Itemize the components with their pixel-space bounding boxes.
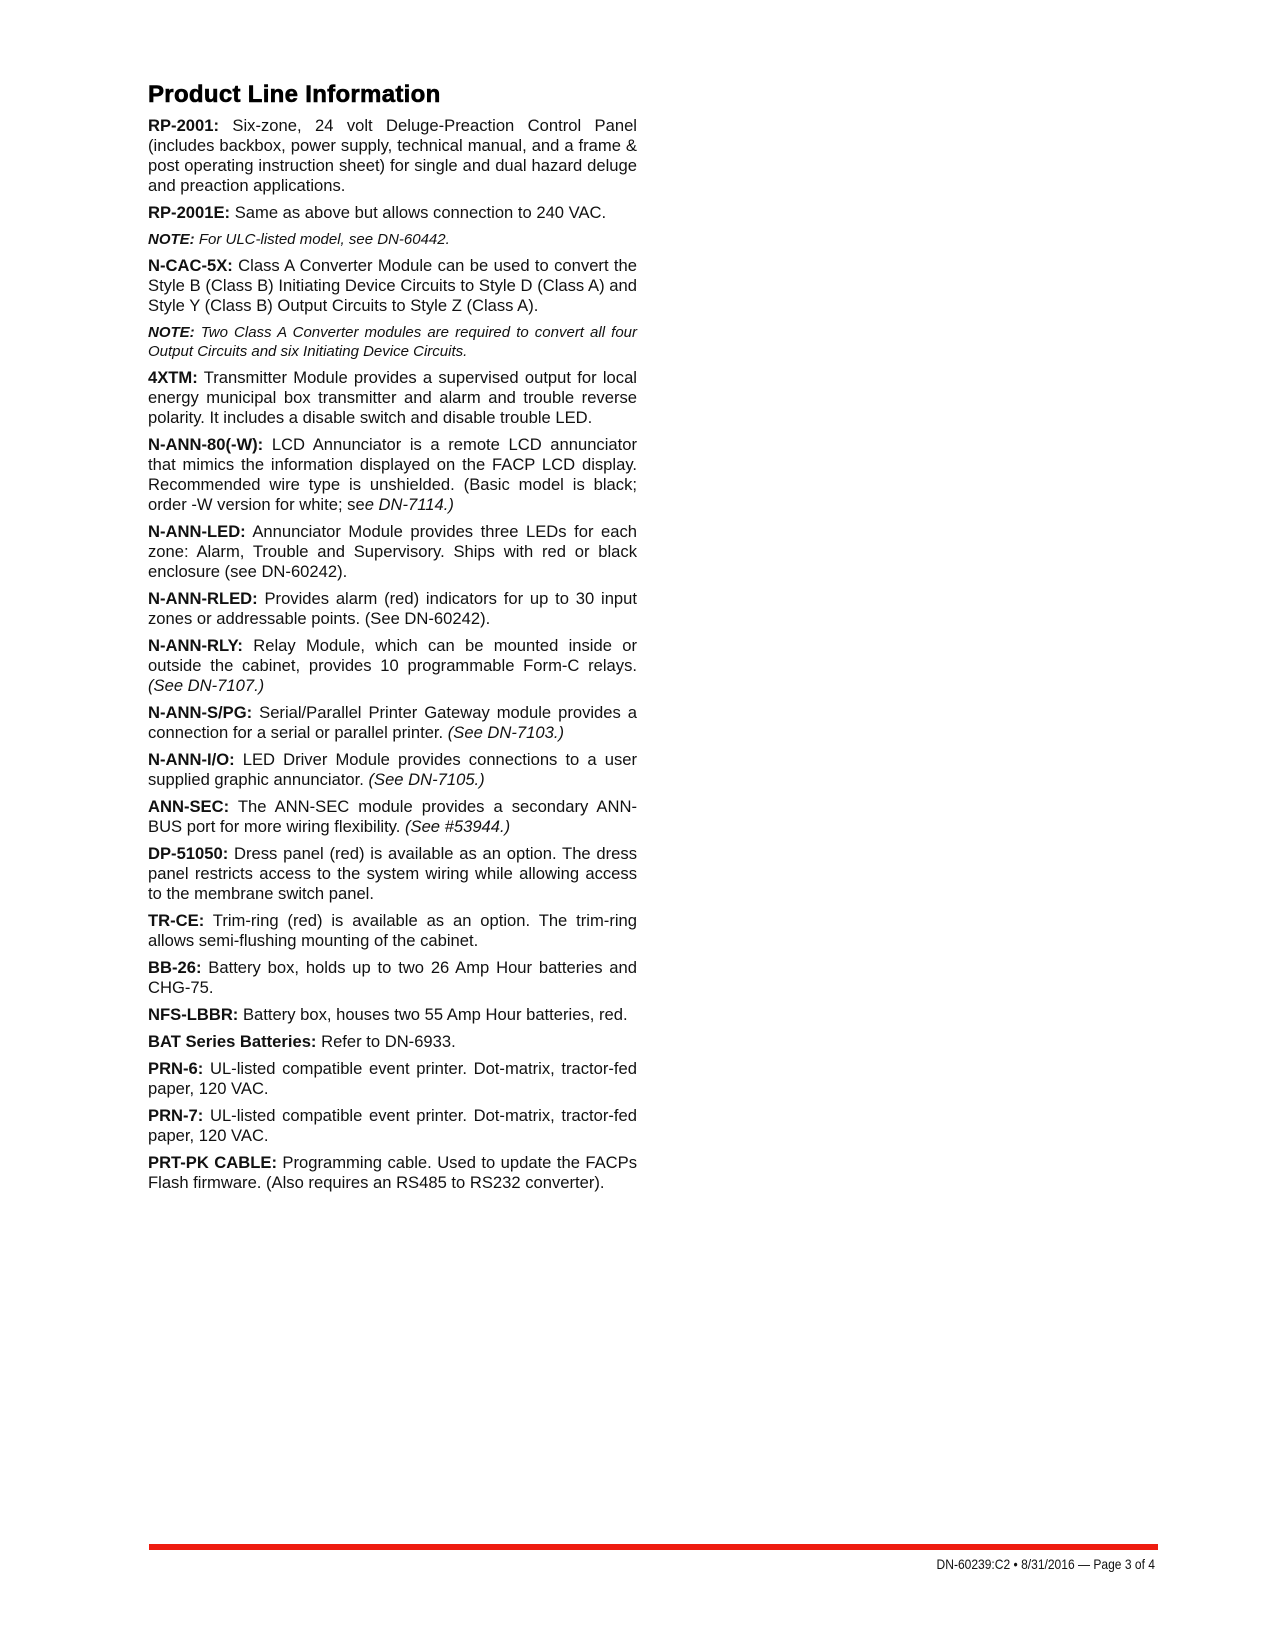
entry-rp-2001: RP-2001: Six-zone, 24 volt Deluge-Preact… [148, 116, 637, 196]
entry-n-cac-5x: N-CAC-5X: Class A Converter Module can b… [148, 256, 637, 316]
entry-text: Refer to DN-6933. [316, 1032, 455, 1051]
entry-bb-26: BB-26: Battery box, holds up to two 26 A… [148, 958, 637, 998]
note-label: NOTE: [148, 231, 195, 248]
footer-divider [149, 1544, 1158, 1550]
entry-term: N-ANN-I/O: [148, 750, 235, 769]
entry-reference: (See DN-7105.) [368, 770, 484, 789]
entry-term: N-ANN-RLY: [148, 636, 243, 655]
entry-text: Battery box, holds up to two 26 Amp Hour… [148, 958, 637, 997]
entry-reference: (See DN-7103.) [448, 723, 564, 742]
entry-term: N-ANN-S/PG: [148, 703, 252, 722]
entry-term: BAT Series Batteries: [148, 1032, 316, 1051]
note-label: NOTE: [148, 324, 195, 341]
entry-term: N-ANN-80(-W): [148, 435, 263, 454]
note-text: For ULC-listed model, see DN-60442. [195, 231, 450, 248]
entry-term: N-ANN-RLED: [148, 589, 258, 608]
note-converter: NOTE: Two Class A Converter modules are … [148, 323, 637, 361]
entry-n-ann-80: N-ANN-80(-W): LCD Annunciator is a remot… [148, 435, 637, 515]
entry-term: PRN-6: [148, 1059, 203, 1078]
entry-term: N-CAC-5X: [148, 256, 233, 275]
entry-prn-6: PRN-6: UL-listed compatible event printe… [148, 1059, 637, 1099]
entry-text: UL-listed compatible event printer. Dot-… [148, 1106, 637, 1145]
entry-n-ann-rly: N-ANN-RLY: Relay Module, which can be mo… [148, 636, 637, 696]
entry-bat-series: BAT Series Batteries: Refer to DN-6933. [148, 1032, 637, 1052]
entry-text: UL-listed compatible event printer. Dot-… [148, 1059, 637, 1098]
entry-text: Trim-ring (red) is available as an optio… [148, 911, 637, 950]
page-footer: DN-60239:C2 • 8/31/2016 — Page 3 of 4 [937, 1556, 1155, 1572]
entry-text: Transmitter Module provides a supervised… [148, 368, 637, 427]
entry-text: Battery box, houses two 55 Amp Hour batt… [238, 1005, 627, 1024]
entry-4xtm: 4XTM: Transmitter Module provides a supe… [148, 368, 637, 428]
entry-term: 4XTM: [148, 368, 198, 387]
entry-prt-pk-cable: PRT-PK CABLE: Programming cable. Used to… [148, 1153, 637, 1193]
entry-term: BB-26: [148, 958, 201, 977]
entry-term: DP-51050: [148, 844, 228, 863]
entry-n-ann-rled: N-ANN-RLED: Provides alarm (red) indicat… [148, 589, 637, 629]
entry-term: ANN-SEC: [148, 797, 229, 816]
entry-term: TR-CE: [148, 911, 204, 930]
entry-n-ann-spg: N-ANN-S/PG: Serial/Parallel Printer Gate… [148, 703, 637, 743]
entry-term: N-ANN-LED: [148, 522, 246, 541]
entry-n-ann-led: N-ANN-LED: Annunciator Module provides t… [148, 522, 637, 582]
entry-ann-sec: ANN-SEC: The ANN-SEC module provides a s… [148, 797, 637, 837]
entry-reference: e DN-7114.) [365, 495, 454, 514]
entry-tr-ce: TR-CE: Trim-ring (red) is available as a… [148, 911, 637, 951]
entry-term: PRN-7: [148, 1106, 203, 1125]
section-title: Product Line Information [148, 80, 637, 110]
product-line-section: Product Line Information RP-2001: Six-zo… [148, 80, 637, 1200]
note-text: Two Class A Converter modules are requir… [148, 324, 637, 360]
entry-nfs-lbbr: NFS-LBBR: Battery box, houses two 55 Amp… [148, 1005, 637, 1025]
entry-reference: (See #53944.) [405, 817, 510, 836]
entry-dp-51050: DP-51050: Dress panel (red) is available… [148, 844, 637, 904]
entry-text: Six-zone, 24 volt Deluge-Preaction Contr… [148, 116, 637, 195]
entry-n-ann-io: N-ANN-I/O: LED Driver Module provides co… [148, 750, 637, 790]
entry-text: Same as above but allows connection to 2… [230, 203, 606, 222]
entry-term: PRT-PK CABLE: [148, 1153, 277, 1172]
entry-rp-2001e: RP-2001E: Same as above but allows conne… [148, 203, 637, 223]
entry-term: NFS-LBBR: [148, 1005, 238, 1024]
entry-term: RP-2001E: [148, 203, 230, 222]
entry-term: RP-2001: [148, 116, 219, 135]
entry-prn-7: PRN-7: UL-listed compatible event printe… [148, 1106, 637, 1146]
note-ulc: NOTE: For ULC-listed model, see DN-60442… [148, 230, 637, 249]
entry-reference: (See DN-7107.) [148, 676, 264, 695]
